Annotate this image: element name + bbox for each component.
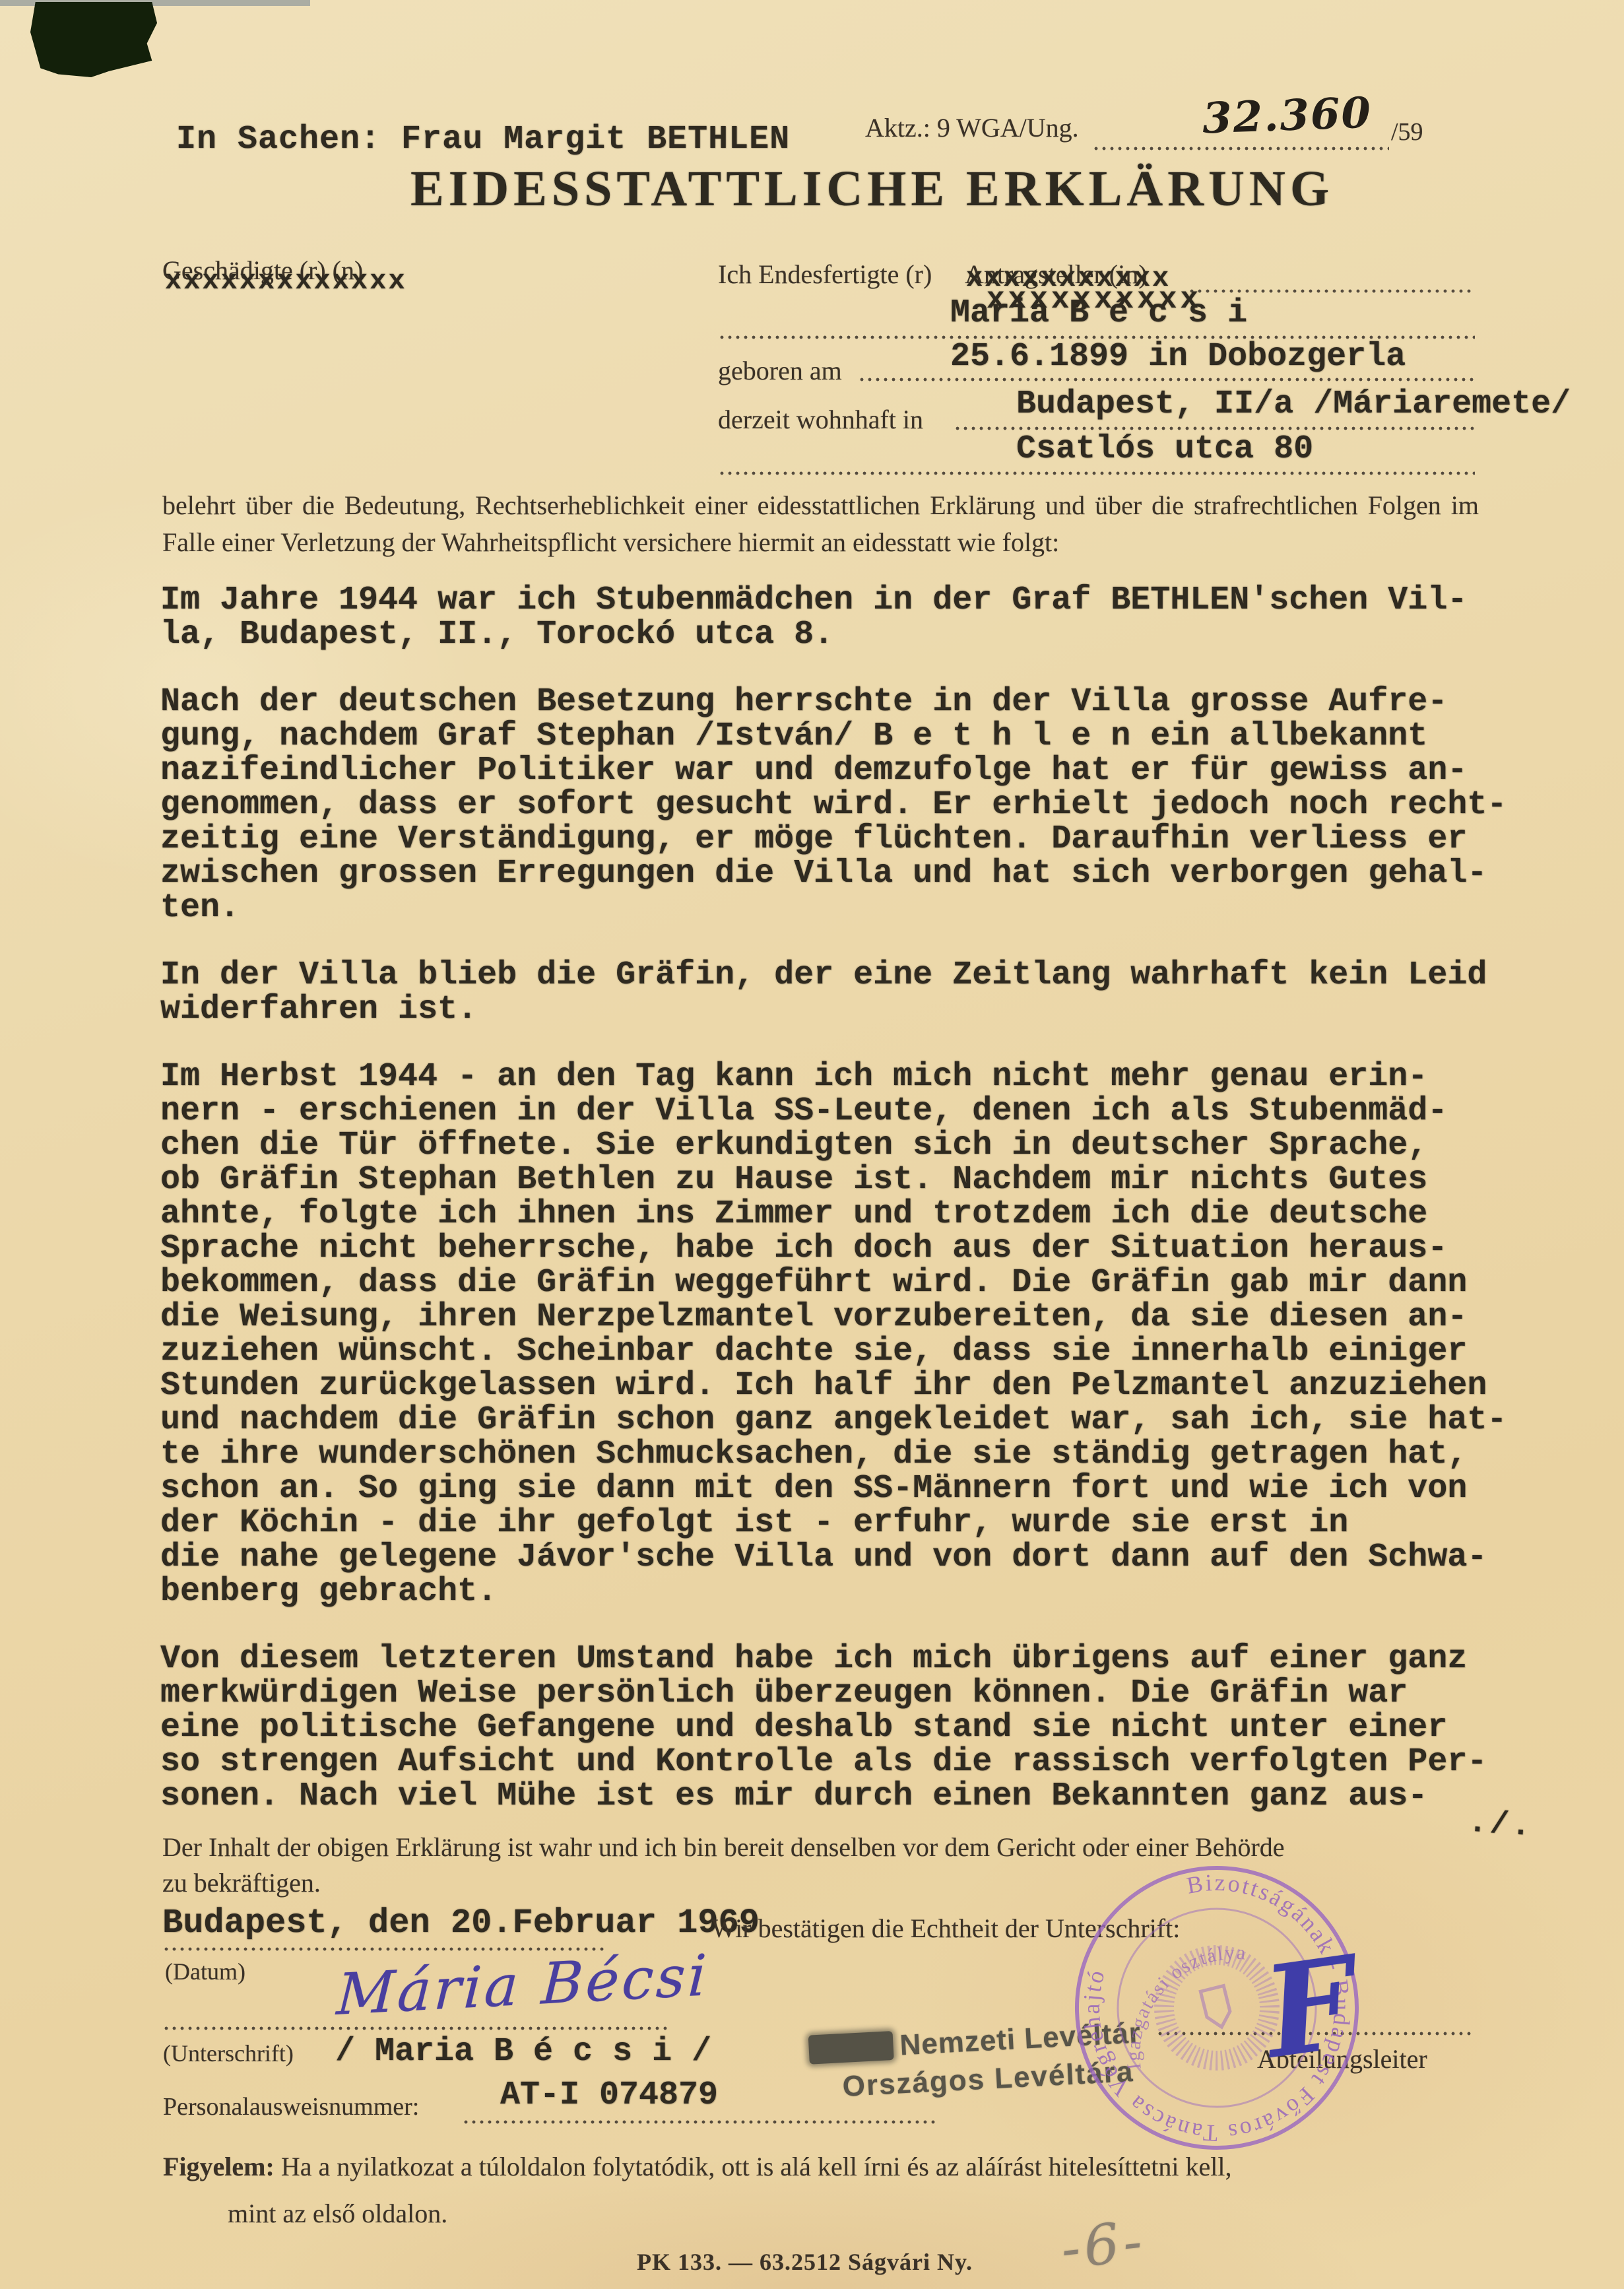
file-number-dotted-line [1092, 147, 1389, 150]
statement-paragraph-4: Im Herbst 1944 - an den Tag kann ich mic… [160, 1060, 1573, 1609]
residence-value: Budapest, II/a /Máriaremete/ [1016, 385, 1571, 423]
statement-body: Im Jahre 1944 war ich Stubenmädchen in d… [160, 583, 1573, 1847]
affidavit-document-page: In Sachen: Frau Margit BETHLEN Aktz.: 9 … [0, 0, 1624, 2289]
archive-stamp-smudge [808, 2031, 894, 2065]
id-dotted-line [462, 2120, 937, 2124]
footer-notice: Figyelem: Ha a nyilatkozat a túloldalon … [163, 2150, 1588, 2183]
oath-instruction-text: belehrt über die Bedeutung, Rechtserhebl… [162, 487, 1479, 561]
case-reference-line: In Sachen: Frau Margit BETHLEN [176, 121, 790, 158]
statement-paragraph-3: In der Villa blieb die Gräfin, der eine … [160, 958, 1573, 1027]
id-number-label: Personalausweisnummer: [163, 2092, 419, 2121]
page-title: EIDESSTATTLICHE ERKLÄRUNG [410, 160, 1334, 218]
damaged-party-strikeout: xxxxxxxxxxxxx [165, 265, 407, 297]
statement-paragraph-1: Im Jahre 1944 war ich Stubenmädchen in d… [160, 583, 1573, 652]
declarant-label: Ich Endesfertigte (r) [718, 259, 932, 290]
statement-paragraph-2: Nach der deutschen Besetzung herrschte i… [160, 685, 1573, 925]
print-code: PK 133. — 63.2512 Ságvári Ny. [637, 2248, 973, 2276]
born-value: 25.6.1899 in Dobozgerla [950, 338, 1406, 376]
declarant-name-value: Maria B é c s i [950, 294, 1247, 332]
born-dotted-line [858, 378, 1475, 381]
page-number-pencil: -6- [1058, 2208, 1149, 2282]
file-number-suffix: /59 [1391, 117, 1423, 147]
damaged-party-field: Geschädigte (r) (n) xxxxxxxxxxxxx [162, 255, 363, 286]
signature-typed-name: / Maria B é c s i / [335, 2033, 711, 2071]
file-number-handwritten: 32.360 [1202, 88, 1373, 144]
continuation-mark: ./. [1467, 1805, 1534, 1845]
corner-ink-blob [30, 2, 157, 77]
signature-dotted-line [162, 2026, 670, 2030]
date-label: (Datum) [165, 1958, 245, 1985]
statement-paragraph-5: Von diesem letzteren Umstand habe ich mi… [160, 1642, 1573, 1814]
footer-notice-keyword: Figyelem: [163, 2152, 275, 2181]
date-dotted-line [162, 1947, 604, 1951]
file-number-label: Aktz.: 9 WGA/Ung. [865, 112, 1079, 143]
applicant-dotted-line [1188, 289, 1475, 293]
residence-value-line2: Csatlós utca 80 [1016, 430, 1313, 468]
handwritten-signature: Mária Bécsi [335, 1942, 711, 2028]
footer-notice-line2: mint az első oldalon. [228, 2198, 447, 2229]
residence-dotted-line2 [718, 471, 1475, 475]
born-label: geboren am [718, 355, 842, 386]
residence-label: derzeit wohnhaft in [718, 404, 923, 435]
signature-label: (Unterschrift) [163, 2040, 294, 2067]
date-value: Budapest, den 20.Februar 1969 [162, 1904, 760, 1942]
footer-notice-text: Ha a nyilatkozat a túloldalon folytatódi… [275, 2152, 1232, 2181]
id-number-value: AT-I 074879 [500, 2076, 718, 2114]
